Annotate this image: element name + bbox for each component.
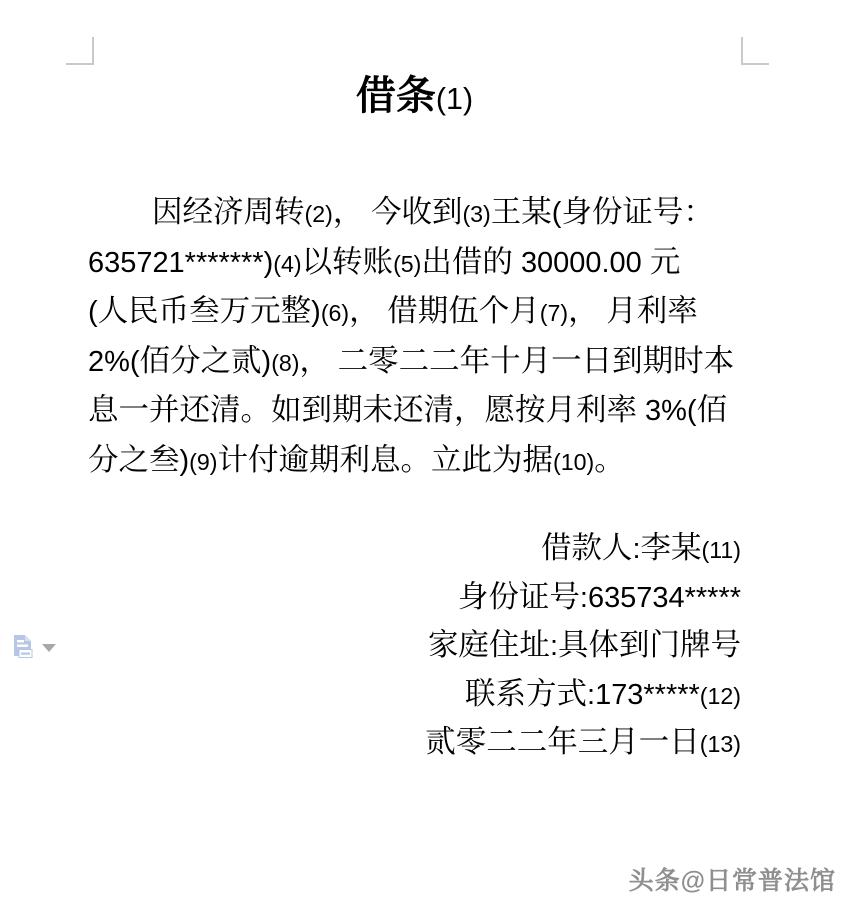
text-segment: 身份证号 [458, 580, 580, 614]
text-segment: 借款人 [541, 531, 633, 565]
margin-corner-mark-top-left [66, 37, 94, 65]
body-line-2: 635721*******)(4)以转账(5)出借的 30000.00 元 [88, 238, 741, 288]
text-segment: 计付逾期利息。立此为据 [217, 443, 553, 477]
text-segment: 人民币叁万元整 [98, 294, 312, 328]
borrower-name-line: 借款人:李某(11) [88, 524, 741, 573]
text-segment: 因经济周转 [152, 195, 305, 229]
text-segment: 出借的 [421, 245, 513, 279]
text-segment: ( [88, 296, 98, 328]
text-segment: : [550, 630, 558, 662]
text-segment: ) [180, 445, 190, 477]
paste-options-button[interactable] [11, 633, 56, 661]
document-title: 借条(1) [88, 70, 741, 122]
text-segment: 元 [650, 245, 681, 279]
borrower-address-line: 家庭住址:具体到门牌号 [88, 621, 741, 670]
text-segment: ， 今收到 [333, 195, 463, 229]
text-segment: 借条 [356, 73, 436, 118]
text-segment: 佰分之贰 [140, 344, 262, 378]
body-line-5: 息一并还清。如到期未还清，愿按月利率 3%(佰 [88, 386, 741, 436]
watermark-text: 头条@日常普法馆 [629, 861, 836, 897]
annotation-marker: (3) [462, 201, 490, 227]
paste-options-icon[interactable] [11, 633, 35, 661]
text-segment: :173***** [587, 679, 700, 711]
annotation-marker: (12) [700, 683, 741, 709]
margin-corner-mark-top-right [741, 37, 769, 65]
annotation-marker: (13) [700, 731, 741, 757]
annotation-marker: (8) [271, 350, 299, 376]
body-line-3: (人民币叁万元整)(6)， 借期伍个月(7)， 月利率 [88, 287, 741, 337]
annotation-marker: (2) [305, 201, 333, 227]
body-line-1: 因经济周转(2)， 今收到(3)王某(身份证号： [88, 188, 741, 238]
text-segment: 分之叁 [88, 443, 180, 477]
body-line-4: 2%(佰分之贰)(8)， 二零二二年十月一日到期时本 [88, 337, 741, 387]
body-line-6: 分之叁)(9)计付逾期利息。立此为据(10)。 [88, 436, 741, 486]
text-segment: ， 二零二二年十月一日到期时本 [300, 344, 735, 378]
signature-block: 借款人:李某(11) 身份证号:635734***** 家庭住址:具体到门牌号 … [88, 524, 741, 767]
text-segment: 贰零二二年三月一日 [425, 725, 700, 759]
text-segment: 家庭住址 [428, 628, 550, 662]
text-segment: 李某 [641, 531, 702, 565]
text-segment: 佰 [697, 393, 728, 427]
annotation-marker: (9) [189, 449, 217, 475]
chevron-down-icon[interactable] [42, 644, 56, 652]
text-segment: 具体到门牌号 [558, 628, 741, 662]
annotation-marker: (6) [321, 300, 349, 326]
text-segment: 635721*******) [88, 247, 273, 279]
text-segment: ， 月利率 [568, 294, 698, 328]
annotation-marker: (10) [553, 449, 594, 475]
signature-date-line: 贰零二二年三月一日(13) [88, 718, 741, 767]
text-segment: 联系方式 [465, 677, 587, 711]
text-segment: 3%( [637, 395, 697, 427]
text-segment: 王某 [491, 195, 552, 229]
annotation-marker: (4) [273, 251, 301, 277]
borrower-id-line: 身份证号:635734***** [88, 573, 741, 622]
text-segment: ) [311, 296, 321, 328]
text-segment: ， 借期伍个月 [349, 294, 540, 328]
text-segment: 。 [594, 443, 625, 477]
annotation-marker: (5) [393, 251, 421, 277]
text-segment: : [632, 533, 640, 565]
text-segment: 以转账 [302, 245, 394, 279]
text-segment: 身份证号： [561, 195, 714, 229]
text-segment: ) [262, 346, 272, 378]
borrower-contact-line: 联系方式:173*****(12) [88, 670, 741, 719]
text-segment: ( [552, 197, 562, 229]
annotation-marker: (7) [540, 300, 568, 326]
annotation-marker: (11) [702, 537, 742, 563]
annotation-marker: (1) [436, 82, 473, 116]
text-segment: :635734***** [580, 582, 741, 614]
body-paragraph: 因经济周转(2)， 今收到(3)王某(身份证号： 635721*******)(… [88, 188, 741, 485]
text-segment: 30000.00 [513, 247, 650, 279]
text-segment: 2%( [88, 346, 140, 378]
text-segment: 息一并还清。如到期未还清，愿按月利率 [88, 393, 637, 427]
